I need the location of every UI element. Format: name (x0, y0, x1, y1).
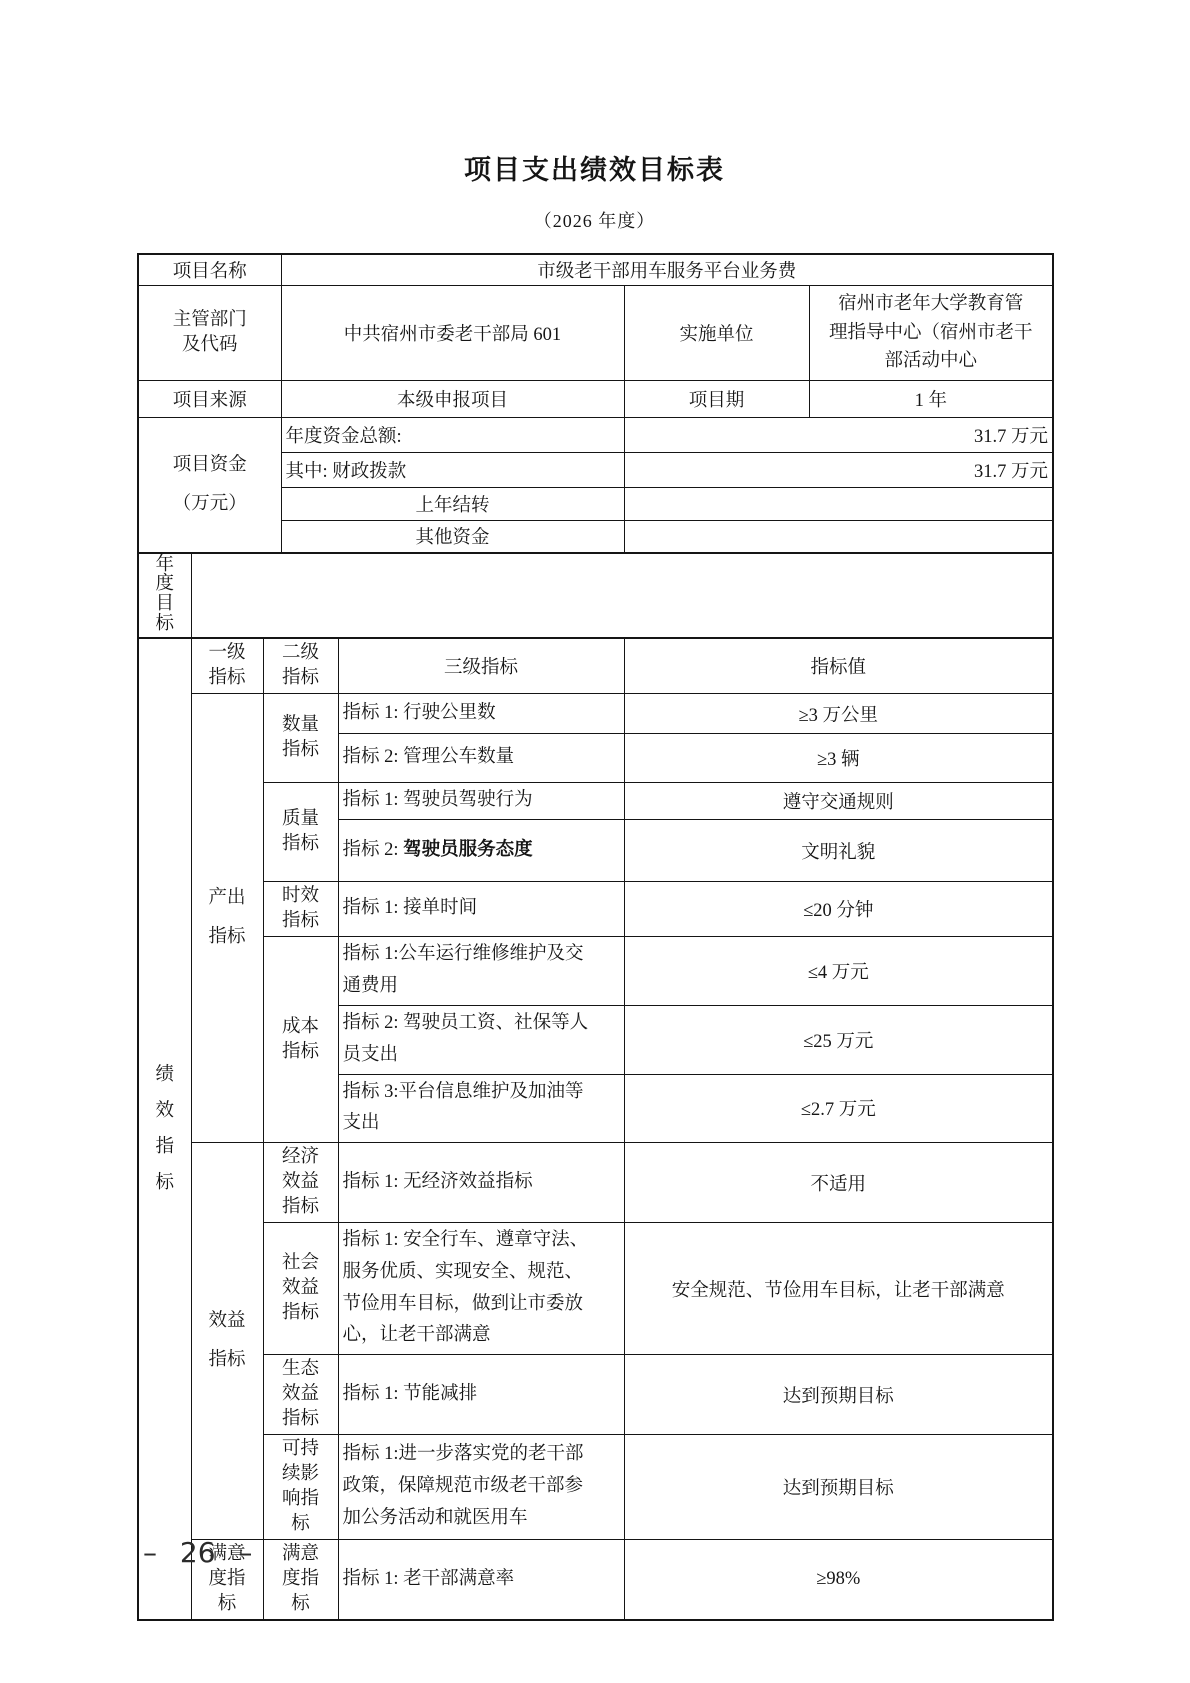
level3-cell: 指标 1: 驾驶员驾驶行为 (338, 783, 624, 820)
implementing-unit-label: 实施单位 (624, 286, 809, 381)
project-name-value: 市级老干部用车服务平台业务费 (281, 254, 1053, 286)
level3-cell: 指标 2: 驾驶员工资、社保等人 员支出 (338, 1005, 624, 1074)
fund-item-value (624, 521, 1053, 553)
level3-cell: 指标 1: 老干部满意率 (338, 1540, 624, 1620)
project-name-row: 项目名称 市级老干部用车服务平台业务费 (138, 254, 1053, 286)
value-cell: 安全规范、节俭用车目标，让老干部满意 (624, 1223, 1053, 1355)
indicator-row: 社会效益指标 指标 1: 安全行车、遵章守法、 服务优质、实现安全、规范、 节俭… (138, 1223, 1053, 1355)
level2-cell: 生态效益指标 (263, 1355, 338, 1435)
fund-item-value: 31.7 万元 (624, 418, 1053, 453)
level1-cell: 效益指标 (191, 1143, 263, 1540)
indicator-row: 可持续影响指标 指标 1:进一步落实党的老干部 政策，保障规范市级老干部参 加公… (138, 1435, 1053, 1540)
indicator-row: 质量指标 指标 1: 驾驶员驾驶行为 遵守交通规则 (138, 783, 1053, 820)
implementing-unit-value: 宿州市老年大学教育管 理指导中心（宿州市老干 部活动中心 (809, 286, 1053, 381)
level3-cell: 指标 3:平台信息维护及加油等 支出 (338, 1074, 624, 1143)
fund-item-value: 31.7 万元 (624, 453, 1053, 488)
indicator-row: 满意度指标 满意度指标 指标 1: 老干部满意率 ≥98% (138, 1540, 1053, 1620)
level3-cell: 指标 1:进一步落实党的老干部 政策，保障规范市级老干部参 加公务活动和就医用车 (338, 1435, 624, 1540)
level3-cell: 指标 1:公车运行维修维护及交 通费用 (338, 937, 624, 1006)
indicator-row: 产出指标 数量指标 指标 1: 行驶公里数 ≥3 万公里 (138, 694, 1053, 734)
value-cell: ≤4 万元 (624, 937, 1053, 1006)
header-value: 指标值 (624, 638, 1053, 693)
project-source-label: 项目来源 (138, 381, 281, 418)
level2-cell: 质量指标 (263, 783, 338, 882)
fund-item-label: 上年结转 (281, 488, 624, 521)
fund-item-label: 年度资金总额: (281, 418, 624, 453)
fund-item-value (624, 488, 1053, 521)
project-period-value: 1 年 (809, 381, 1053, 418)
project-info-table: 项目名称 市级老干部用车服务平台业务费 主管部门及代码 中共宿州市委老干部局 6… (137, 253, 1054, 554)
indicator-row: 成本指标 指标 1:公车运行维修维护及交 通费用 ≤4 万元 (138, 937, 1053, 1006)
value-cell: ≥3 辆 (624, 734, 1053, 783)
indicator-row: 生态效益指标 指标 1: 节能减排 达到预期目标 (138, 1355, 1053, 1435)
fund-row: 项目资金（万元） 年度资金总额: 31.7 万元 (138, 418, 1053, 453)
level2-cell: 可持续影响指标 (263, 1435, 338, 1540)
dept-row: 主管部门及代码 中共宿州市委老干部局 601 实施单位 宿州市老年大学教育管 理… (138, 286, 1053, 381)
project-name-label: 项目名称 (138, 254, 281, 286)
annual-goal-table: 年度目标 (137, 552, 1054, 640)
level2-cell: 数量指标 (263, 694, 338, 783)
level2-cell: 社会效益指标 (263, 1223, 338, 1355)
annual-goal-row: 年度目标 (138, 553, 1053, 639)
level2-cell: 成本指标 (263, 937, 338, 1143)
level3-cell: 指标 2: 驾驶员服务态度 (338, 820, 624, 882)
value-cell: 达到预期目标 (624, 1435, 1053, 1540)
level1-cell: 产出指标 (191, 694, 263, 1143)
level2-cell: 经济效益指标 (263, 1143, 338, 1223)
indicators-header-row: 绩效指标 一级指标 二级指标 三级指标 指标值 (138, 638, 1053, 693)
value-cell: 不适用 (624, 1143, 1053, 1223)
value-cell: 文明礼貌 (624, 820, 1053, 882)
value-cell: 遵守交通规则 (624, 783, 1053, 820)
level2-cell: 时效指标 (263, 882, 338, 937)
header-level3: 三级指标 (338, 638, 624, 693)
indicator-row: 效益指标 经济效益指标 指标 1: 无经济效益指标 不适用 (138, 1143, 1053, 1223)
level3-cell: 指标 1: 接单时间 (338, 882, 624, 937)
value-cell: ≥3 万公里 (624, 694, 1053, 734)
header-level2: 二级指标 (263, 638, 338, 693)
document-body: 项目支出绩效目标表 （2026 年度） 项目名称 市级老干部用车服务平台业务费 … (137, 0, 1052, 1621)
value-cell: 达到预期目标 (624, 1355, 1053, 1435)
fund-item-label: 其中: 财政拨款 (281, 453, 624, 488)
source-row: 项目来源 本级申报项目 项目期 1 年 (138, 381, 1053, 418)
level3-cell: 指标 1: 无经济效益指标 (338, 1143, 624, 1223)
level3-cell: 指标 2: 管理公车数量 (338, 734, 624, 783)
level3-cell: 指标 1: 节能减排 (338, 1355, 624, 1435)
level3-cell: 指标 1: 安全行车、遵章守法、 服务优质、实现安全、规范、 节俭用车目标，做到… (338, 1223, 624, 1355)
level2-cell: 满意度指标 (263, 1540, 338, 1620)
document-page: 项目支出绩效目标表 （2026 年度） 项目名称 市级老干部用车服务平台业务费 … (0, 0, 1190, 1683)
page-subtitle: （2026 年度） (137, 207, 1052, 233)
project-period-label: 项目期 (624, 381, 809, 418)
value-cell: ≤25 万元 (624, 1005, 1053, 1074)
header-level1: 一级指标 (191, 638, 263, 693)
indicator-row: 时效指标 指标 1: 接单时间 ≤20 分钟 (138, 882, 1053, 937)
value-cell: ≥98% (624, 1540, 1053, 1620)
page-title: 项目支出绩效目标表 (137, 0, 1052, 187)
annual-goal-label: 年度目标 (138, 553, 191, 639)
level3-cell: 指标 1: 行驶公里数 (338, 694, 624, 734)
value-cell: ≤20 分钟 (624, 882, 1053, 937)
indicators-side-label: 绩效指标 (138, 638, 191, 1620)
dept-value: 中共宿州市委老干部局 601 (281, 286, 624, 381)
annual-goal-content (191, 553, 1053, 639)
indicators-table: 绩效指标 一级指标 二级指标 三级指标 指标值 产出指标 数量指标 指标 1: … (137, 637, 1054, 1621)
fund-item-label: 其他资金 (281, 521, 624, 553)
dept-label: 主管部门及代码 (138, 286, 281, 381)
value-cell: ≤2.7 万元 (624, 1074, 1053, 1143)
project-source-value: 本级申报项目 (281, 381, 624, 418)
project-funds-label: 项目资金（万元） (138, 418, 281, 553)
page-number: – 26 – (143, 1536, 252, 1569)
